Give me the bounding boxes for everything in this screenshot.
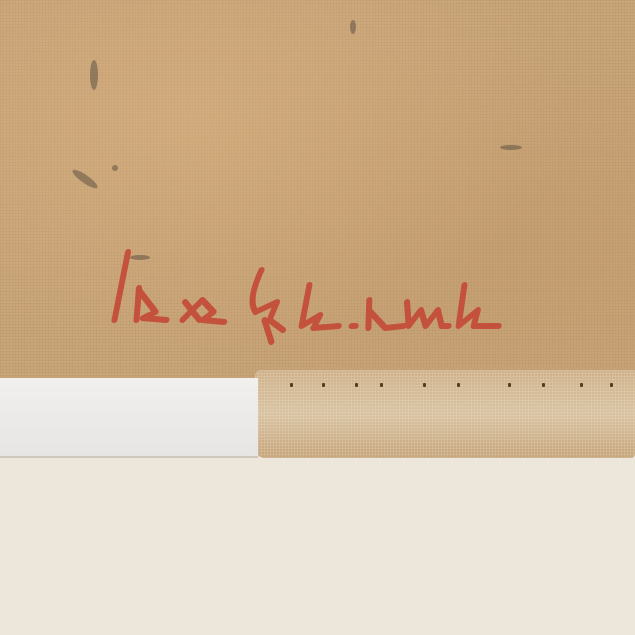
charcoal-mark: [112, 165, 118, 171]
tack-hole: [580, 383, 583, 387]
charcoal-mark: [500, 145, 522, 150]
tack-hole: [423, 383, 426, 387]
tack-holes: [280, 383, 630, 393]
tack-hole: [457, 383, 460, 387]
tack-hole: [355, 383, 358, 387]
charcoal-mark: [350, 20, 356, 34]
artist-signature: [100, 240, 525, 350]
tack-hole: [290, 383, 293, 387]
white-mat-strip: [0, 378, 258, 458]
tack-hole: [380, 383, 383, 387]
tack-hole: [322, 383, 325, 387]
tack-hole: [508, 383, 511, 387]
signature-strokes: [100, 240, 525, 350]
tack-hole: [542, 383, 545, 387]
charcoal-mark: [70, 167, 99, 191]
background-surface: [0, 458, 635, 635]
tack-hole: [610, 383, 613, 387]
charcoal-mark: [90, 60, 98, 90]
